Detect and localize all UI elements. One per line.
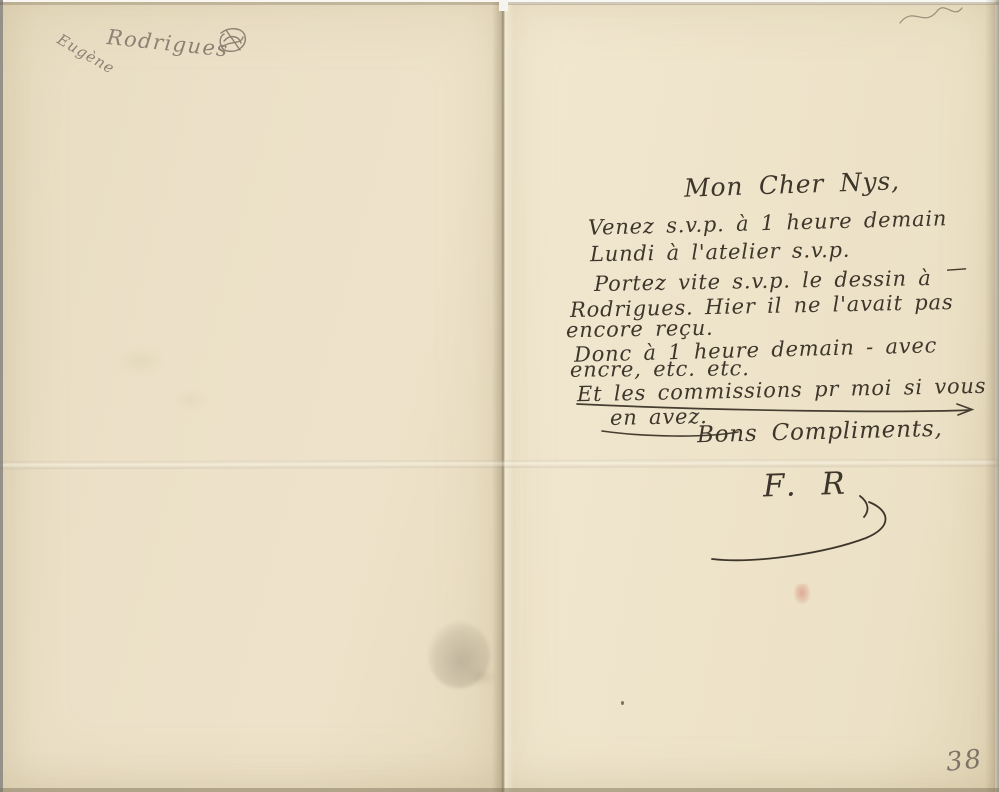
- paper-edge-bottom: [0, 788, 999, 792]
- letter-line: Lundi à l'atelier s.v.p.: [590, 240, 851, 266]
- letter-scan: Eugène Rodrigues Mon Cher Nys, Venez s.v…: [0, 0, 999, 792]
- foxing-spot: [176, 390, 206, 410]
- paper-edge-left: [0, 0, 3, 792]
- letter-line-dash: —: [945, 257, 968, 279]
- left-page: [3, 2, 503, 792]
- paper-edge-right: [985, 0, 999, 792]
- signature-flourish: [698, 490, 898, 575]
- ink-dot: [621, 701, 624, 705]
- letter-line: encore reçu.: [566, 318, 714, 342]
- underline-flourish: [574, 398, 990, 416]
- smudge-stain-small: [468, 668, 496, 686]
- letter-line: encre, etc. etc.: [570, 358, 750, 381]
- fold-notch: [499, 0, 508, 11]
- page-number: 38: [945, 746, 985, 776]
- red-ink-spot: [794, 584, 810, 604]
- pencil-squiggle-icon: [896, 1, 968, 31]
- monogram-scribble-icon: [216, 24, 250, 58]
- letter-salutation: Mon Cher Nys,: [684, 168, 901, 201]
- foxing-spot: [118, 348, 164, 374]
